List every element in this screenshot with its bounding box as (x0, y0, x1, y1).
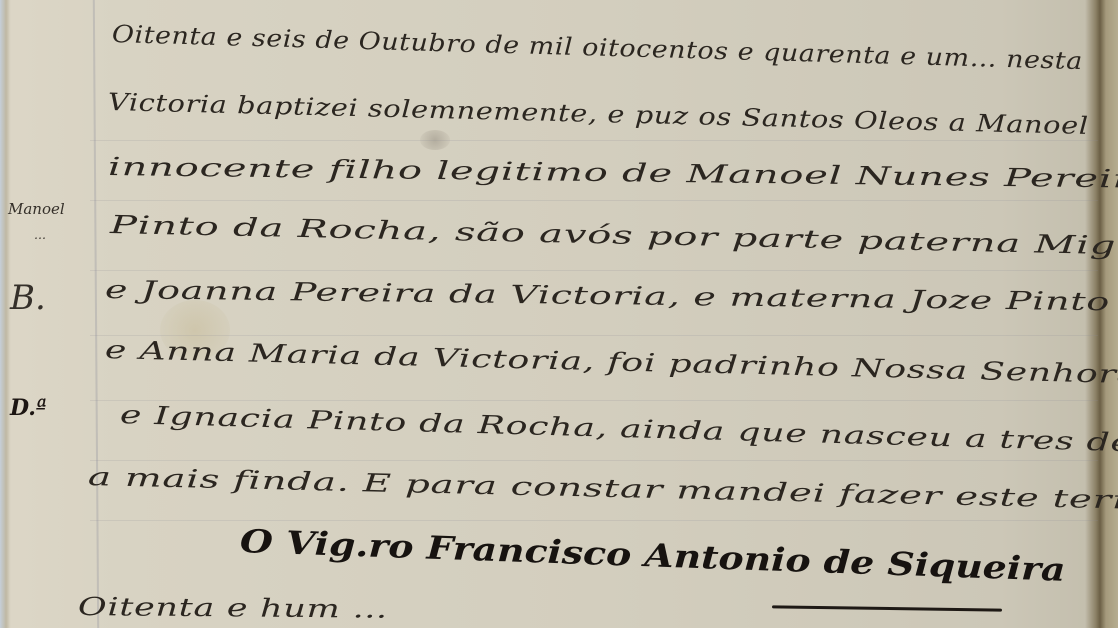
ruled-line (90, 400, 1098, 401)
manuscript-line-1: Oitenta e seis de Outubro de mil oitocen… (112, 20, 1084, 75)
manuscript-line-5: e Joanna Pereira da Victoria, e materna … (105, 275, 1118, 317)
ruled-line (90, 140, 1098, 141)
manuscript-line-2: Victoria baptizei solemnemente, e puz os… (108, 88, 1089, 140)
ruled-line (90, 460, 1098, 461)
manuscript-next-entry: Oitenta e hum … (78, 592, 388, 624)
manuscript-line-4: Pinto da Rocha, são avós por parte pater… (110, 210, 1118, 261)
margin-rule (93, 0, 99, 628)
priest-signature: O Vig.ro Francisco Antonio de Siqueira (239, 522, 1066, 589)
ruled-line (90, 270, 1098, 271)
manuscript-line-8: a mais finda. E para constar mandei faze… (88, 462, 1118, 516)
manuscript-line-7: e Ignacia Pinto da Rocha, ainda que nasc… (120, 400, 1118, 457)
ruled-line (90, 335, 1098, 336)
signature-flourish (772, 605, 1002, 611)
ruled-line (90, 200, 1098, 201)
manuscript-page: Manoel … B. D.ª Oitenta e seis de Outubr… (0, 0, 1118, 628)
manuscript-line-6: e Anna Maria da Victoria, foi padrinho N… (105, 335, 1118, 389)
manuscript-line-3: innocente filho legitimo de Manoel Nunes… (108, 152, 1118, 194)
baptism-mark: B. (10, 278, 46, 318)
margin-name-note: Manoel (8, 200, 65, 218)
margin-name-note-2: … (34, 228, 46, 242)
margin-abbrev-note: D.ª (10, 395, 47, 421)
ruled-line (90, 520, 1098, 521)
